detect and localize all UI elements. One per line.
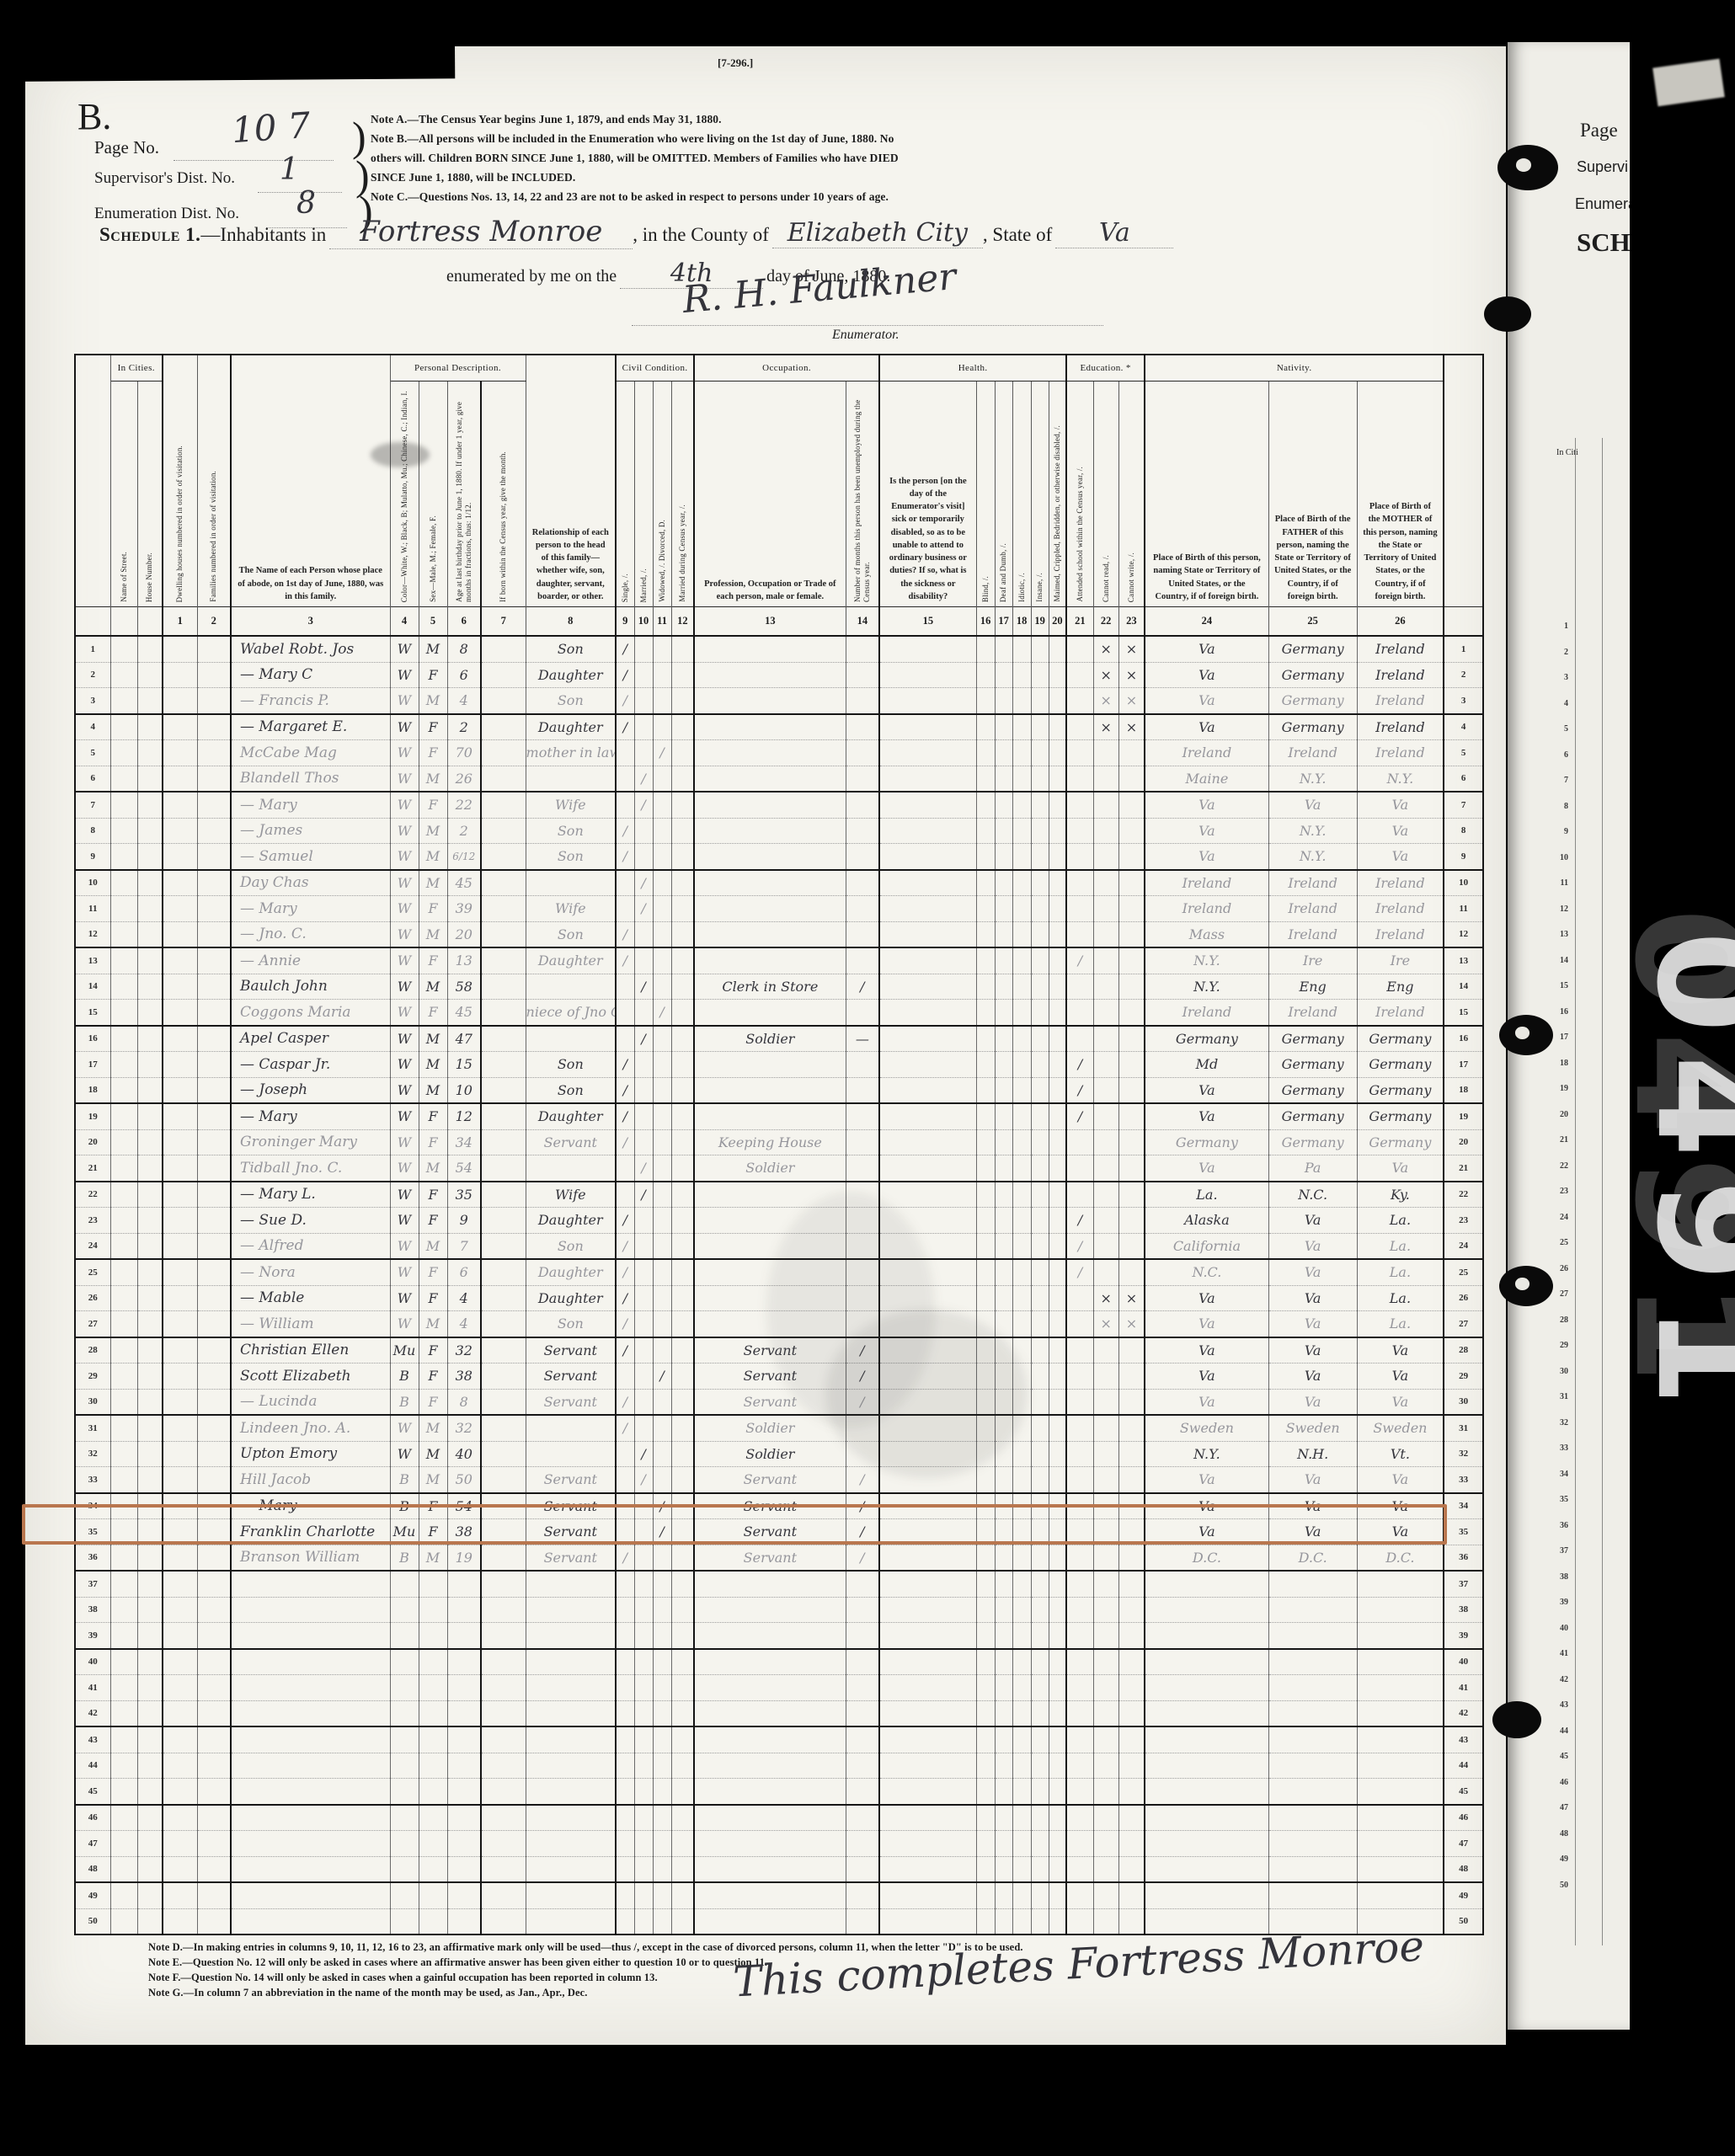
cell-pob_mother: Va [1357, 1364, 1444, 1390]
cell-pob_father [1268, 1726, 1357, 1753]
column-group-header: Education. * [1066, 355, 1145, 382]
cell-age: 7 [447, 1233, 481, 1259]
cell-cannot_read [1093, 1233, 1118, 1259]
cell-cannot_write [1118, 1208, 1145, 1234]
cell-numR: 18 [1444, 1077, 1483, 1103]
cell-sickness [879, 1129, 976, 1155]
cell-married_cy [671, 1545, 694, 1571]
cell-pob_father: Pa [1268, 1155, 1357, 1182]
cell-relationship [526, 1026, 616, 1052]
cell-blind [976, 1856, 995, 1882]
cell-dwelling [163, 792, 197, 818]
cell-numL: 4 [75, 714, 110, 740]
cell-single [616, 1182, 634, 1208]
cell-age: 45 [447, 1000, 481, 1026]
cell-sex [419, 1597, 447, 1623]
cell-numL: 20 [75, 1129, 110, 1155]
cell-married [634, 1129, 653, 1155]
cell-married [634, 1415, 653, 1441]
cell-pob_mother: Ireland [1357, 896, 1444, 922]
cell-occupation [694, 1805, 846, 1831]
cell-cannot_write [1118, 766, 1145, 792]
cell-cannot_read [1093, 1753, 1118, 1779]
cell-married: / [634, 1155, 653, 1182]
cell-cannot_read [1093, 1597, 1118, 1623]
cell-deaf [995, 818, 1012, 844]
cell-deaf [995, 870, 1012, 896]
column-header-sickness: Is the person [on the day of the Enumera… [879, 382, 976, 607]
cell-cannot_write: × [1118, 662, 1145, 688]
cell-relationship: Wife [526, 1182, 616, 1208]
cell-dwelling [163, 1753, 197, 1779]
cell-family [197, 1052, 231, 1078]
cell-married: / [634, 1182, 653, 1208]
cell-maimed [1049, 1571, 1066, 1597]
cell-pob_mother: Ireland [1357, 714, 1444, 740]
cell-single [616, 1597, 634, 1623]
table-row: 3737 [75, 1571, 1483, 1597]
side-row-number: 42 [1546, 1675, 1568, 1684]
cell-deaf [995, 1155, 1012, 1182]
highlight-box[interactable] [22, 1504, 1447, 1545]
cell-pob: Va [1145, 818, 1268, 844]
cell-color [390, 1856, 419, 1882]
cell-dwelling [163, 688, 197, 714]
cell-age: 32 [447, 1415, 481, 1441]
cell-relationship: Son [526, 818, 616, 844]
cell-pob [1145, 1649, 1268, 1675]
cell-numL: 30 [75, 1389, 110, 1415]
side-row-number: 9 [1546, 827, 1568, 836]
cell-school [1066, 974, 1093, 1000]
cell-school [1066, 1700, 1093, 1726]
cell-numL: 46 [75, 1805, 110, 1831]
cell-monthborn [481, 1597, 526, 1623]
cell-dwelling [163, 1026, 197, 1052]
cell-occupation [694, 1856, 846, 1882]
cell-married: / [634, 792, 653, 818]
cell-widowed [653, 974, 671, 1000]
cell-school [1066, 921, 1093, 947]
cell-blind [976, 1908, 995, 1935]
table-row: 33Hill JacobBM50Servant/Servant/VaVaVa33 [75, 1467, 1483, 1493]
cell-pob_father [1268, 1623, 1357, 1649]
cell-blind [976, 1026, 995, 1052]
side-row-number: 28 [1546, 1315, 1568, 1325]
cell-insane [1031, 766, 1049, 792]
cell-numR: 17 [1444, 1052, 1483, 1078]
cell-pob_father: Va [1268, 1337, 1357, 1364]
cell-cannot_read [1093, 1337, 1118, 1364]
cell-married [634, 1233, 653, 1259]
cell-widowed [653, 1155, 671, 1182]
cell-numR: 23 [1444, 1208, 1483, 1234]
cell-cannot_write [1118, 1831, 1145, 1857]
cell-widowed [653, 1208, 671, 1234]
cell-color [390, 1753, 419, 1779]
cell-maimed [1049, 1077, 1066, 1103]
cell-numL: 26 [75, 1285, 110, 1311]
cell-cannot_read [1093, 1155, 1118, 1182]
cell-married_cy [671, 766, 694, 792]
cell-widowed [653, 1726, 671, 1753]
cell-street [110, 844, 137, 870]
cell-maimed [1049, 896, 1066, 922]
cell-age [447, 1908, 481, 1935]
cell-maimed [1049, 740, 1066, 766]
cell-numL: 21 [75, 1155, 110, 1182]
cell-pob_mother: Germany [1357, 1026, 1444, 1052]
cell-blind [976, 1805, 995, 1831]
cell-cannot_write [1118, 870, 1145, 896]
cell-name: Blandell Thos [231, 766, 390, 792]
cell-age [447, 1623, 481, 1649]
cell-married [634, 1389, 653, 1415]
cell-sex: F [419, 1103, 447, 1129]
enumerated-label: enumerated by me on the [446, 267, 617, 286]
cell-maimed [1049, 714, 1066, 740]
cell-idiotic [1012, 714, 1031, 740]
cell-single [616, 1623, 634, 1649]
cell-house [137, 1700, 163, 1726]
cell-sickness [879, 1779, 976, 1805]
cell-dwelling [163, 1908, 197, 1935]
cell-pob: Va [1145, 1389, 1268, 1415]
cell-age: 54 [447, 1155, 481, 1182]
cell-cannot_write: × [1118, 636, 1145, 662]
cell-name: — Mary [231, 792, 390, 818]
cell-age: 6/12 [447, 844, 481, 870]
cell-school [1066, 740, 1093, 766]
cell-deaf [995, 636, 1012, 662]
cell-insane [1031, 1077, 1049, 1103]
cell-age: 34 [447, 1129, 481, 1155]
cell-house [137, 1129, 163, 1155]
cell-widowed [653, 844, 671, 870]
cell-monthborn [481, 1753, 526, 1779]
cell-married_cy [671, 1805, 694, 1831]
cell-deaf [995, 1000, 1012, 1026]
cell-dwelling [163, 921, 197, 947]
cell-numL: 2 [75, 662, 110, 688]
cell-numL: 12 [75, 921, 110, 947]
table-row: 5McCabe MagWF70mother in law/IrelandIrel… [75, 740, 1483, 766]
cell-monthborn [481, 1311, 526, 1337]
cell-cannot_read [1093, 766, 1118, 792]
cell-maimed [1049, 1000, 1066, 1026]
cell-single: / [616, 1545, 634, 1571]
cell-name: Branson William [231, 1545, 390, 1571]
cell-pob: Va [1145, 636, 1268, 662]
column-number [75, 607, 110, 637]
cell-married [634, 1597, 653, 1623]
cell-relationship: Son [526, 844, 616, 870]
side-row-number: 45 [1546, 1752, 1568, 1761]
cell-idiotic [1012, 1285, 1031, 1311]
cell-house [137, 1000, 163, 1026]
cell-blind [976, 1155, 995, 1182]
cell-school: / [1066, 1259, 1093, 1285]
cell-married [634, 1882, 653, 1908]
cell-age [447, 1649, 481, 1675]
cell-dwelling [163, 844, 197, 870]
cell-age: 8 [447, 636, 481, 662]
cell-color: W [390, 1000, 419, 1026]
side-row-number: 23 [1546, 1187, 1568, 1196]
cell-color: W [390, 1129, 419, 1155]
cell-maimed [1049, 870, 1066, 896]
cell-numR: 26 [1444, 1285, 1483, 1311]
cell-widowed [653, 1233, 671, 1259]
cell-cannot_write [1118, 1908, 1145, 1935]
cell-pob: Germany [1145, 1026, 1268, 1052]
cell-blind [976, 792, 995, 818]
cell-relationship: Daughter [526, 714, 616, 740]
cell-occupation [694, 636, 846, 662]
cell-pob_father: Germany [1268, 688, 1357, 714]
cell-maimed [1049, 636, 1066, 662]
side-row-number: 29 [1546, 1341, 1568, 1350]
cell-dwelling [163, 974, 197, 1000]
cell-numR: 34 [1444, 1493, 1483, 1519]
cell-married_cy [671, 714, 694, 740]
cell-blind [976, 947, 995, 974]
cell-numR: 49 [1444, 1882, 1483, 1908]
side-row-number: 4 [1546, 699, 1568, 708]
cell-married_cy [671, 1753, 694, 1779]
cell-blind [976, 1129, 995, 1155]
cell-married_cy [671, 1337, 694, 1364]
cell-maimed [1049, 1337, 1066, 1364]
cell-married_cy [671, 688, 694, 714]
cell-sickness [879, 1052, 976, 1078]
cell-pob: Va [1145, 662, 1268, 688]
cell-deaf [995, 947, 1012, 974]
cell-color: Mu [390, 1337, 419, 1364]
cell-married [634, 1623, 653, 1649]
cell-maimed [1049, 1753, 1066, 1779]
cell-sex: M [419, 818, 447, 844]
cell-occupation [694, 1908, 846, 1935]
cell-cannot_read [1093, 1545, 1118, 1571]
cell-single [616, 1571, 634, 1597]
cell-married_cy [671, 1052, 694, 1078]
column-header-pob: Place of Birth of this person, naming St… [1145, 382, 1268, 607]
cell-school [1066, 1908, 1093, 1935]
cell-numL: 43 [75, 1726, 110, 1753]
cell-pob_mother [1357, 1597, 1444, 1623]
cell-single [616, 1856, 634, 1882]
cell-months_unemp: / [846, 974, 879, 1000]
column-number: 17 [995, 607, 1012, 637]
cell-cannot_write [1118, 1052, 1145, 1078]
cell-house [137, 1389, 163, 1415]
cell-age: 38 [447, 1364, 481, 1390]
cell-months_unemp [846, 1856, 879, 1882]
cell-name: — Samuel [231, 844, 390, 870]
cell-months_unemp [846, 714, 879, 740]
cell-single: / [616, 1233, 634, 1259]
cell-age [447, 1882, 481, 1908]
cell-color [390, 1675, 419, 1701]
cell-monthborn [481, 1649, 526, 1675]
cell-maimed [1049, 1700, 1066, 1726]
cell-deaf [995, 1726, 1012, 1753]
cell-school [1066, 1467, 1093, 1493]
cell-cannot_read [1093, 1441, 1118, 1467]
cell-age: 32 [447, 1337, 481, 1364]
cell-pob: N.Y. [1145, 947, 1268, 974]
cell-street [110, 1389, 137, 1415]
cell-sex: M [419, 1155, 447, 1182]
cell-married_cy [671, 1571, 694, 1597]
cell-sex: M [419, 1415, 447, 1441]
cell-cannot_read [1093, 1103, 1118, 1129]
cell-name [231, 1908, 390, 1935]
cell-house [137, 896, 163, 922]
cell-pob_father: Germany [1268, 1129, 1357, 1155]
cell-monthborn [481, 1831, 526, 1857]
cell-name: McCabe Mag [231, 740, 390, 766]
cell-occupation [694, 662, 846, 688]
cell-married [634, 1700, 653, 1726]
cell-sickness [879, 896, 976, 922]
cell-months_unemp [846, 1000, 879, 1026]
cell-numL: 41 [75, 1675, 110, 1701]
cell-idiotic [1012, 896, 1031, 922]
cell-blind [976, 1675, 995, 1701]
cell-widowed [653, 1882, 671, 1908]
table-row: 4242 [75, 1700, 1483, 1726]
table-row: 4— Margaret E.WF2Daughter/××VaGermanyIre… [75, 714, 1483, 740]
cell-deaf [995, 1831, 1012, 1857]
cell-dwelling [163, 1441, 197, 1467]
cell-single [616, 1908, 634, 1935]
table-row: 4040 [75, 1649, 1483, 1675]
cell-married_cy [671, 896, 694, 922]
cell-maimed [1049, 818, 1066, 844]
cell-idiotic [1012, 662, 1031, 688]
cell-insane [1031, 1155, 1049, 1182]
cell-deaf [995, 1285, 1012, 1311]
cell-numR: 5 [1444, 740, 1483, 766]
cell-blind [976, 1233, 995, 1259]
cell-single [616, 1026, 634, 1052]
cell-numR: 50 [1444, 1908, 1483, 1935]
cell-monthborn [481, 844, 526, 870]
column-number: 14 [846, 607, 879, 637]
cell-numR: 36 [1444, 1545, 1483, 1571]
cell-months_unemp [846, 1700, 879, 1726]
cell-monthborn [481, 818, 526, 844]
cell-relationship [526, 1597, 616, 1623]
cell-pob_mother: Ireland [1357, 688, 1444, 714]
cell-family [197, 1597, 231, 1623]
cell-pob_mother: Ky. [1357, 1182, 1444, 1208]
cell-cannot_read [1093, 921, 1118, 947]
cell-monthborn [481, 688, 526, 714]
cell-color: W [390, 818, 419, 844]
cell-sickness [879, 662, 976, 688]
cell-age [447, 1779, 481, 1805]
cell-blind [976, 1571, 995, 1597]
cell-single [616, 766, 634, 792]
cell-numR: 6 [1444, 766, 1483, 792]
cell-street [110, 740, 137, 766]
cell-pob_father [1268, 1675, 1357, 1701]
column-header-cannot_read: Cannot read, /. [1093, 382, 1118, 607]
cell-monthborn [481, 1129, 526, 1155]
cell-pob [1145, 1753, 1268, 1779]
column-header-color: Color—White, W.; Black, B; Mulatto, Mu.;… [390, 382, 419, 607]
cell-pob [1145, 1675, 1268, 1701]
cell-family [197, 1208, 231, 1234]
cell-months_unemp [846, 1753, 879, 1779]
cell-idiotic [1012, 1441, 1031, 1467]
cell-married [634, 1208, 653, 1234]
cell-house [137, 1753, 163, 1779]
cell-numL: 10 [75, 870, 110, 896]
cell-maimed [1049, 1467, 1066, 1493]
cell-married [634, 1908, 653, 1935]
cell-blind [976, 1623, 995, 1649]
cell-house [137, 1208, 163, 1234]
cell-cannot_write [1118, 1415, 1145, 1441]
side-row-number: 10 [1546, 853, 1568, 862]
cell-sex: F [419, 792, 447, 818]
page-no-line [173, 159, 334, 161]
cell-age: 35 [447, 1182, 481, 1208]
cell-months_unemp [846, 1597, 879, 1623]
cell-insane [1031, 1311, 1049, 1337]
cell-street [110, 1856, 137, 1882]
cell-color: W [390, 1182, 419, 1208]
cell-relationship [526, 1831, 616, 1857]
cell-cannot_write [1118, 792, 1145, 818]
cell-family [197, 1753, 231, 1779]
cell-family [197, 792, 231, 818]
cell-house [137, 1259, 163, 1285]
cell-monthborn [481, 1389, 526, 1415]
cell-monthborn [481, 1026, 526, 1052]
cell-house [137, 1077, 163, 1103]
table-row: 3838 [75, 1597, 1483, 1623]
cell-sex: F [419, 1208, 447, 1234]
cell-married_cy [671, 636, 694, 662]
cell-cannot_write [1118, 947, 1145, 974]
side-row-number: 22 [1546, 1161, 1568, 1171]
side-row-number: 37 [1546, 1546, 1568, 1556]
cell-family [197, 1856, 231, 1882]
cell-idiotic [1012, 1052, 1031, 1078]
cell-house [137, 870, 163, 896]
cell-deaf [995, 1597, 1012, 1623]
cell-maimed [1049, 1441, 1066, 1467]
signature-line [632, 324, 1103, 326]
cell-family [197, 1700, 231, 1726]
table-row: 3939 [75, 1623, 1483, 1649]
cell-color: W [390, 1285, 419, 1311]
form-number: [7-296.] [718, 56, 753, 70]
cell-sex [419, 1882, 447, 1908]
cell-numL: 42 [75, 1700, 110, 1726]
cell-numL: 15 [75, 1000, 110, 1026]
cell-numL: 31 [75, 1415, 110, 1441]
table-row: 9— SamuelWM6/12Son/VaN.Y.Va9 [75, 844, 1483, 870]
side-row-number: 44 [1546, 1726, 1568, 1736]
cell-idiotic [1012, 1103, 1031, 1129]
cell-occupation [694, 792, 846, 818]
